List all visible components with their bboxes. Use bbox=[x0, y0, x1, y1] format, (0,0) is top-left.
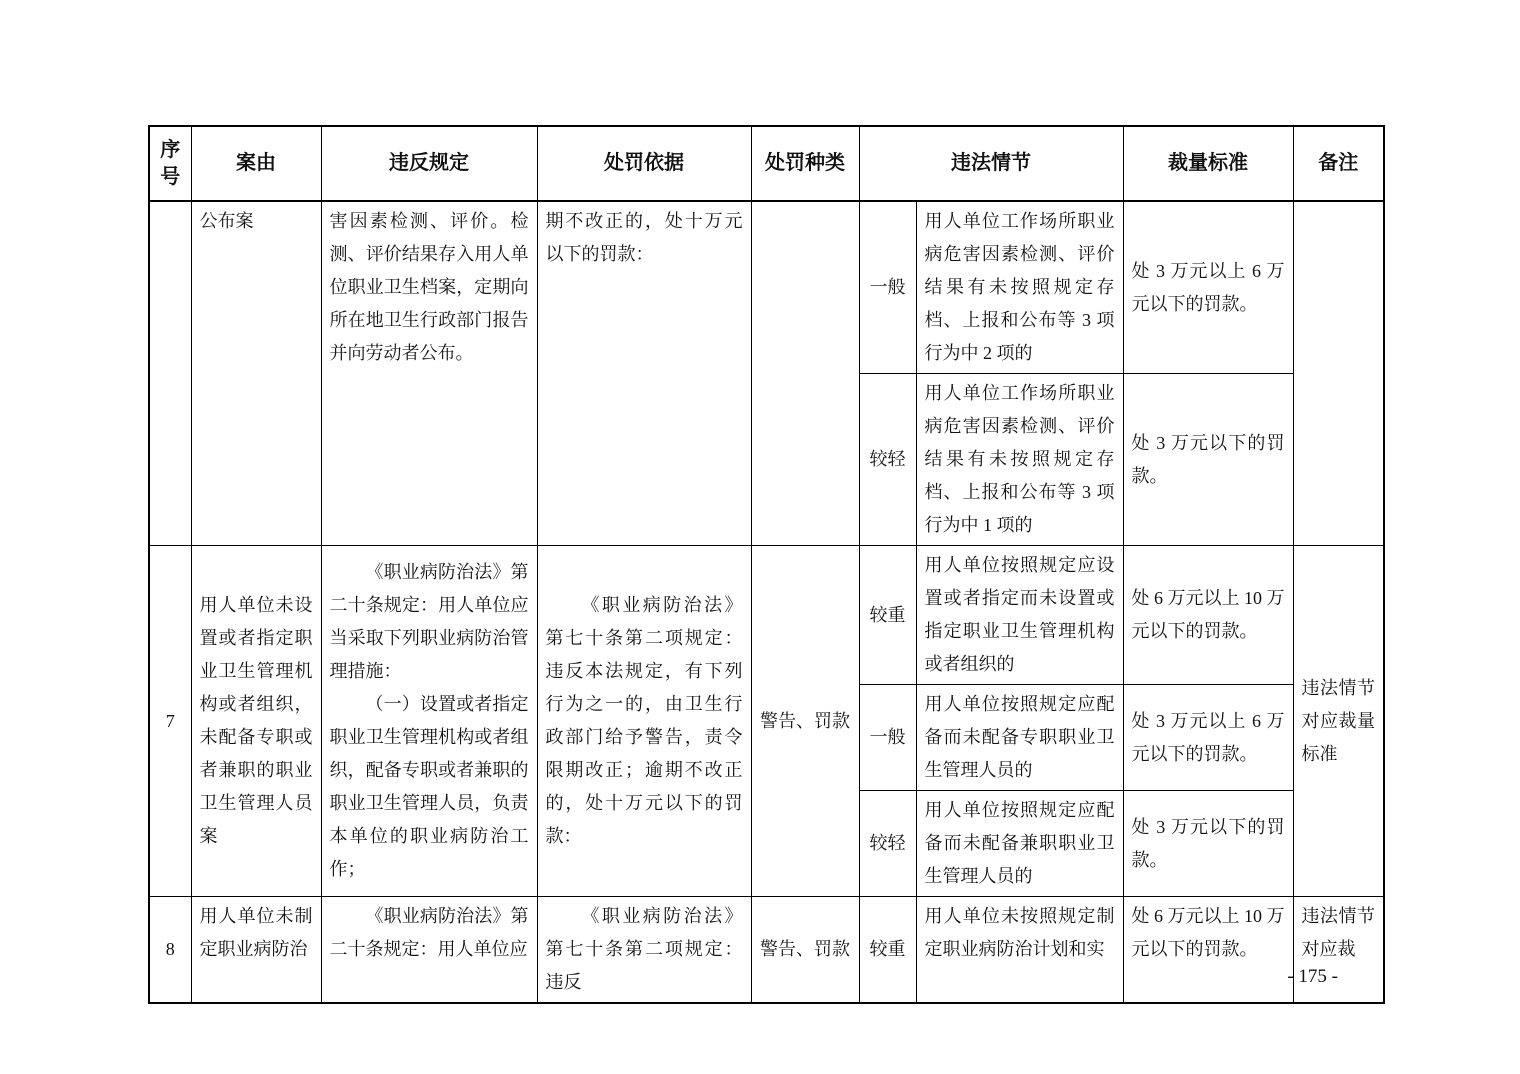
circumstance-cell: 用人单位按照规定应设置或者指定而未设置或指定职业卫生管理机构或者组织的 bbox=[916, 546, 1123, 685]
basis-paragraph: 《职业病防治法》第七十条第二项规定：违反本法规定，有下列行为之一的，由卫生行政部… bbox=[546, 589, 743, 853]
header-cell-case: 案由 bbox=[191, 126, 321, 201]
penalty-type-cell bbox=[751, 201, 859, 546]
document-page: 序号 案由 违反规定 处罚依据 处罚种类 违法情节 裁量标准 备注 公布案 害因… bbox=[0, 0, 1520, 1074]
circumstance-cell: 用人单位工作场所职业病危害因素检测、评价结果有未按照规定存档、上报和公布等 3 … bbox=[916, 374, 1123, 546]
violation-cell: 害因素检测、评价。检测、评价结果存入用人单位职业卫生档案，定期向所在地卫生行政部… bbox=[321, 201, 537, 546]
seq-cell: 7 bbox=[149, 546, 191, 897]
header-row: 序号 案由 违反规定 处罚依据 处罚种类 违法情节 裁量标准 备注 bbox=[149, 126, 1384, 201]
header-cell-violation: 违反规定 bbox=[321, 126, 537, 201]
severity-cell: 较轻 bbox=[859, 374, 916, 546]
case-cell: 公布案 bbox=[191, 201, 321, 546]
note-cell: 违法情节对应裁量标准 bbox=[1293, 546, 1384, 897]
penalty-type-cell: 警告、罚款 bbox=[751, 546, 859, 897]
note-cell bbox=[1293, 201, 1384, 546]
circumstance-cell: 用人单位按照规定应配备而未配备专职职业卫生管理人员的 bbox=[916, 685, 1123, 791]
header-cell-seq: 序号 bbox=[149, 126, 191, 201]
case-cell: 用人单位未设置或者指定职业卫生管理机构或者组织，未配备专职或者兼职的职业卫生管理… bbox=[191, 546, 321, 897]
violation-cell: 《职业病防治法》第二十条规定：用人单位应当采取下列职业病防治管理措施： （一）设… bbox=[321, 546, 537, 897]
severity-cell: 较轻 bbox=[859, 791, 916, 897]
header-cell-circumstance: 违法情节 bbox=[859, 126, 1123, 201]
standard-cell: 处 3 万元以下的罚款。 bbox=[1123, 791, 1293, 897]
severity-cell: 一般 bbox=[859, 685, 916, 791]
standard-cell: 处 3 万元以上 6 万元以下的罚款。 bbox=[1123, 685, 1293, 791]
standard-cell: 处 3 万元以上 6 万元以下的罚款。 bbox=[1123, 201, 1293, 374]
circumstance-cell: 用人单位工作场所职业病危害因素检测、评价结果有未按照规定存档、上报和公布等 3 … bbox=[916, 201, 1123, 374]
page-number: - 175 - bbox=[148, 964, 1338, 990]
header-cell-standard: 裁量标准 bbox=[1123, 126, 1293, 201]
header-cell-penalty-type: 处罚种类 bbox=[751, 126, 859, 201]
violation-paragraph: （一）设置或者指定职业卫生管理机构或者组织，配备专职或者兼职的职业卫生管理人员，… bbox=[330, 688, 529, 886]
case-block-row: 7 用人单位未设置或者指定职业卫生管理机构或者组织，未配备专职或者兼职的职业卫生… bbox=[149, 546, 1384, 685]
violation-paragraph: 《职业病防治法》第二十条规定：用人单位应 bbox=[330, 900, 529, 966]
standard-cell: 处 6 万元以上 10 万元以下的罚款。 bbox=[1123, 546, 1293, 685]
header-cell-note: 备注 bbox=[1293, 126, 1384, 201]
violation-paragraph: 《职业病防治法》第二十条规定：用人单位应当采取下列职业病防治管理措施： bbox=[330, 556, 529, 688]
severity-cell: 较重 bbox=[859, 546, 916, 685]
standard-cell: 处 3 万元以下的罚款。 bbox=[1123, 374, 1293, 546]
penalty-table: 序号 案由 违反规定 处罚依据 处罚种类 违法情节 裁量标准 备注 公布案 害因… bbox=[148, 125, 1385, 1004]
circumstance-cell: 用人单位按照规定应配备而未配备兼职职业卫生管理人员的 bbox=[916, 791, 1123, 897]
header-cell-basis: 处罚依据 bbox=[537, 126, 751, 201]
seq-cell bbox=[149, 201, 191, 546]
basis-cell: 《职业病防治法》第七十条第二项规定：违反本法规定，有下列行为之一的，由卫生行政部… bbox=[537, 546, 751, 897]
case-block-row: 公布案 害因素检测、评价。检测、评价结果存入用人单位职业卫生档案，定期向所在地卫… bbox=[149, 201, 1384, 374]
severity-cell: 一般 bbox=[859, 201, 916, 374]
basis-cell: 期不改正的，处十万元以下的罚款： bbox=[537, 201, 751, 546]
